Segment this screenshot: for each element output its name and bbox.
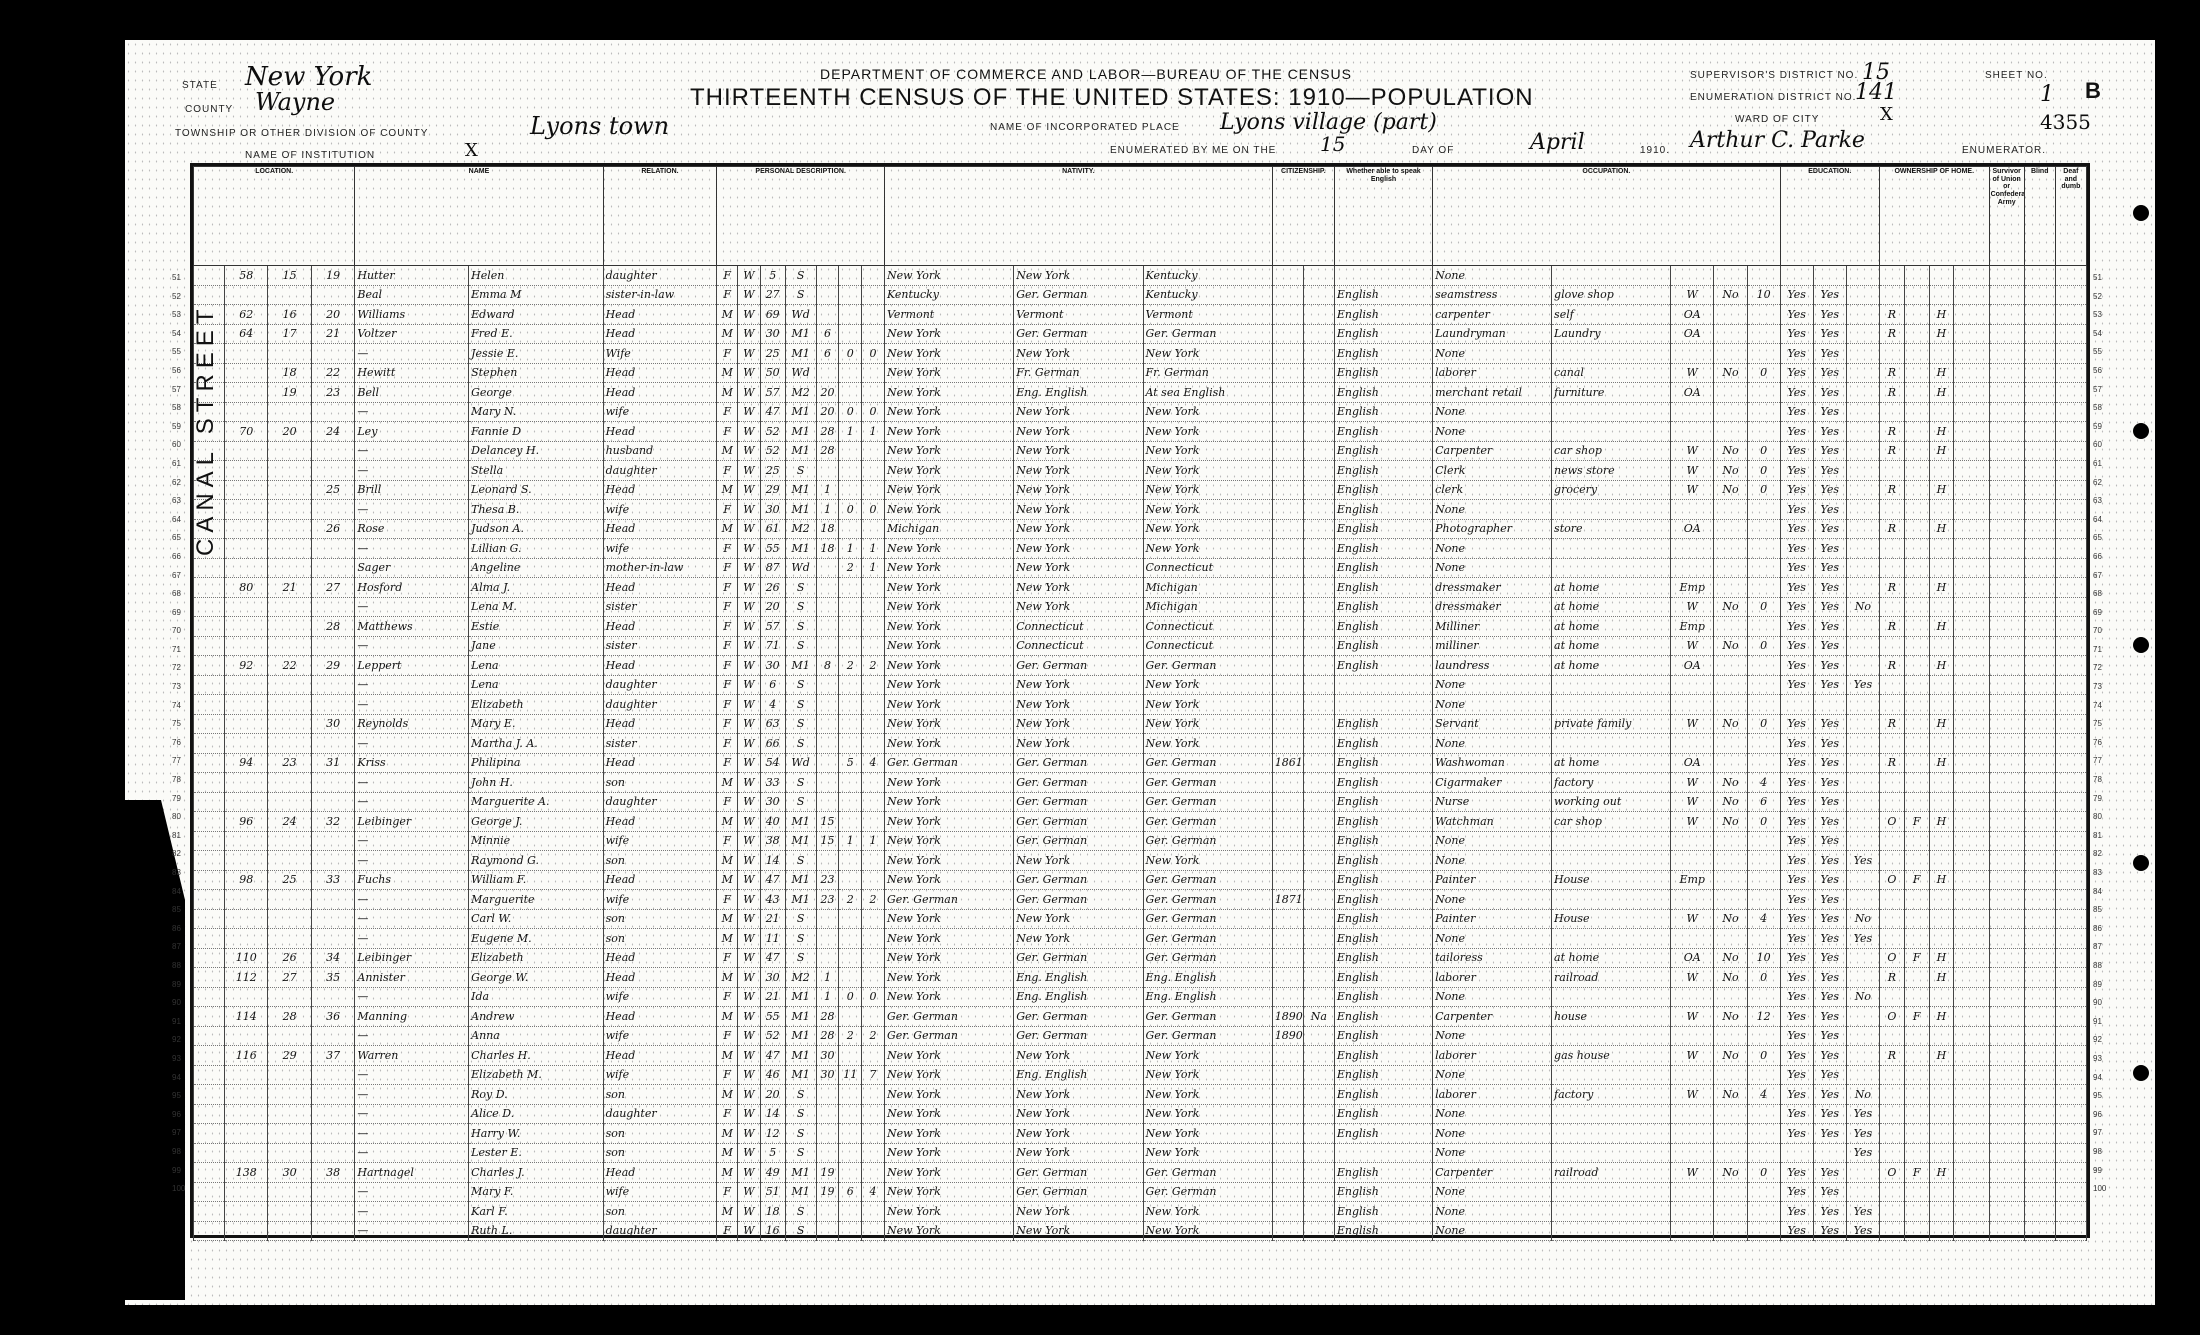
- cell-empty: [2024, 734, 2055, 754]
- line-number: 91: [2093, 1017, 2113, 1036]
- cell-school: [1846, 1065, 1879, 1085]
- cell-living: [862, 1163, 885, 1183]
- cell-race: W: [738, 929, 761, 949]
- cell-dwelling: [268, 636, 311, 656]
- cell-given: Alice D.: [469, 1104, 603, 1124]
- cell-pob_f: Ger. German: [1014, 753, 1143, 773]
- cell-pob_f: Connecticut: [1014, 617, 1143, 637]
- right-line-numbers: 5152535455565758596061626364656667686970…: [2093, 273, 2113, 1203]
- cell-out: [1714, 831, 1747, 851]
- cell-family: 25: [311, 480, 354, 500]
- table-row: 25BrillLeonard S.HeadMW29M11New YorkNew …: [194, 480, 2087, 500]
- line-number: 85: [172, 905, 190, 924]
- cell-trade: None: [1433, 734, 1552, 754]
- cell-school: No: [1846, 909, 1879, 929]
- cell-write: Yes: [1813, 948, 1846, 968]
- cell-age: 52: [760, 1026, 785, 1046]
- cell-industry: railroad: [1552, 968, 1671, 988]
- col-english: Whether able to speak English: [1334, 167, 1432, 266]
- cell-out: [1714, 519, 1747, 539]
- table-row: —Mary N.wifeFW47M12000New YorkNew YorkNe…: [194, 402, 2087, 422]
- cell-school: [1846, 344, 1879, 364]
- cell-age: 40: [760, 812, 785, 832]
- cell-industry: news store: [1552, 461, 1671, 481]
- cell-sched: [1954, 812, 1989, 832]
- cell-empty: [2055, 890, 2086, 910]
- cell-read: Yes: [1780, 617, 1813, 637]
- cell-trade: None: [1433, 558, 1552, 578]
- cell-write: Yes: [1813, 305, 1846, 325]
- cell-sched: [1954, 461, 1989, 481]
- cell-eng: [1334, 1143, 1432, 1163]
- cell-surname: Beal: [355, 285, 469, 305]
- cell-write: Yes: [1813, 968, 1846, 988]
- cell-age: 21: [760, 909, 785, 929]
- cell-sched: [1954, 1085, 1989, 1105]
- cell-pob: New York: [884, 597, 1013, 617]
- cell-pob_f: New York: [1014, 266, 1143, 286]
- cell-eng: English: [1334, 890, 1432, 910]
- cell-empty: [2055, 285, 2086, 305]
- cell-fh: [1929, 1124, 1954, 1144]
- cell-pob_f: New York: [1014, 480, 1143, 500]
- cell-marital: M1: [785, 1007, 816, 1027]
- cell-free: [1904, 792, 1929, 812]
- line-number: 71: [2093, 645, 2113, 664]
- cell-empty: [1989, 968, 2024, 988]
- cell-pob_m: Ger. German: [1143, 812, 1272, 832]
- cell-relation: wife: [603, 890, 717, 910]
- cell-relation: wife: [603, 1182, 717, 1202]
- cell-family: [311, 597, 354, 617]
- table-row: —ElizabethdaughterFW4SNew YorkNew YorkNe…: [194, 695, 2087, 715]
- cell-dwelling: [268, 441, 311, 461]
- cell-sex: F: [717, 734, 738, 754]
- cell-trade: None: [1433, 851, 1552, 871]
- cell-empty: [194, 870, 225, 890]
- cell-trade: None: [1433, 1182, 1552, 1202]
- cell-pob_m: New York: [1143, 539, 1272, 559]
- cell-free: [1904, 344, 1929, 364]
- cell-pob_m: New York: [1143, 1143, 1272, 1163]
- cell-age: 57: [760, 383, 785, 403]
- cell-empty: [2055, 1124, 2086, 1144]
- cell-school: [1846, 890, 1879, 910]
- cell-sex: M: [717, 480, 738, 500]
- cell-relation: Head: [603, 305, 717, 325]
- cell-pob: New York: [884, 870, 1013, 890]
- cell-family: [311, 1202, 354, 1222]
- cell-free: [1904, 1182, 1929, 1202]
- cell-empty: [2055, 1221, 2086, 1241]
- cell-yrs: [816, 305, 839, 325]
- cell-race: W: [738, 734, 761, 754]
- cell-trade: Clerk: [1433, 461, 1552, 481]
- cell-weeks: [1747, 870, 1780, 890]
- line-number: 95: [172, 1091, 190, 1110]
- cell-pob: Ger. German: [884, 890, 1013, 910]
- cell-pob_f: Ger. German: [1014, 792, 1143, 812]
- line-number: 62: [2093, 478, 2113, 497]
- cell-house: [225, 1202, 268, 1222]
- cell-yrs: 6: [816, 344, 839, 364]
- table-row: 942331KrissPhilipinaHeadFW54Wd54Ger. Ger…: [194, 753, 2087, 773]
- cell-nat: [1303, 753, 1334, 773]
- cell-pob_f: Ger. German: [1014, 285, 1143, 305]
- cell-marital: M1: [785, 480, 816, 500]
- incorporated-place-label: Name of incorporated place: [990, 122, 1180, 133]
- cell-empty: [1989, 714, 2024, 734]
- cell-relation: Head: [603, 617, 717, 637]
- cell-race: W: [738, 773, 761, 793]
- cell-pob_m: Vermont: [1143, 305, 1272, 325]
- cell-empty: [1989, 539, 2024, 559]
- cell-born: [839, 675, 862, 695]
- cell-school: [1846, 812, 1879, 832]
- cell-family: [311, 441, 354, 461]
- cell-empty: [1989, 851, 2024, 871]
- line-number: 84: [2093, 887, 2113, 906]
- cell-eng: English: [1334, 519, 1432, 539]
- binder-hole: [2133, 205, 2149, 221]
- cell-family: [311, 558, 354, 578]
- cell-marital: M1: [785, 500, 816, 520]
- cell-pob_m: Ger. German: [1143, 870, 1272, 890]
- cell-dwelling: [268, 558, 311, 578]
- cell-trade: dressmaker: [1433, 597, 1552, 617]
- cell-yrs: [816, 695, 839, 715]
- cell-house: [225, 792, 268, 812]
- cell-emp: [1670, 734, 1713, 754]
- cell-fh: [1929, 500, 1954, 520]
- cell-fh: [1929, 1085, 1954, 1105]
- cell-house: 94: [225, 753, 268, 773]
- cell-write: Yes: [1813, 636, 1846, 656]
- cell-school: Yes: [1846, 675, 1879, 695]
- cell-read: Yes: [1780, 324, 1813, 344]
- cell-marital: M2: [785, 519, 816, 539]
- cell-sched: [1954, 1163, 1989, 1183]
- cell-read: Yes: [1780, 968, 1813, 988]
- cell-trade: None: [1433, 266, 1552, 286]
- cell-read: Yes: [1780, 383, 1813, 403]
- cell-pob_m: Ger. German: [1143, 792, 1272, 812]
- cell-eng: English: [1334, 1182, 1432, 1202]
- cell-trade: merchant retail: [1433, 383, 1552, 403]
- cell-empty: [2024, 500, 2055, 520]
- line-number: 79: [2093, 794, 2113, 813]
- cell-eng: English: [1334, 500, 1432, 520]
- cell-given: Marguerite: [469, 890, 603, 910]
- cell-empty: [1989, 753, 2024, 773]
- cell-industry: self: [1552, 305, 1671, 325]
- cell-given: Raymond G.: [469, 851, 603, 871]
- cell-write: Yes: [1813, 363, 1846, 383]
- cell-pob_m: Michigan: [1143, 597, 1272, 617]
- line-number: 54: [172, 329, 190, 348]
- cell-emp: Emp: [1670, 870, 1713, 890]
- cell-trade: Watchman: [1433, 812, 1552, 832]
- cell-living: 4: [862, 1182, 885, 1202]
- cell-pob_f: New York: [1014, 1085, 1143, 1105]
- cell-out: No: [1714, 1163, 1747, 1183]
- cell-imm: [1272, 305, 1303, 325]
- cell-race: W: [738, 480, 761, 500]
- cell-race: W: [738, 1221, 761, 1241]
- cell-write: [1813, 1143, 1846, 1163]
- cell-industry: factory: [1552, 773, 1671, 793]
- cell-given: Mary E.: [469, 714, 603, 734]
- cell-born: 6: [839, 1182, 862, 1202]
- cell-pob_f: New York: [1014, 422, 1143, 442]
- cell-relation: Head: [603, 422, 717, 442]
- cell-read: Yes: [1780, 422, 1813, 442]
- cell-relation: wife: [603, 987, 717, 1007]
- table-row: 922229LeppertLenaHeadFW30M1822New YorkGe…: [194, 656, 2087, 676]
- cell-fh: [1929, 695, 1954, 715]
- cell-dwelling: [268, 1026, 311, 1046]
- cell-nat: [1303, 597, 1334, 617]
- cell-relation: husband: [603, 441, 717, 461]
- line-number: 92: [172, 1035, 190, 1054]
- cell-pob_f: New York: [1014, 675, 1143, 695]
- cell-dwelling: 25: [268, 870, 311, 890]
- enumeration-label: Enumeration District No.: [1690, 92, 1856, 103]
- cell-eng: English: [1334, 344, 1432, 364]
- cell-relation: Head: [603, 324, 717, 344]
- cell-empty: [194, 968, 225, 988]
- cell-sex: M: [717, 870, 738, 890]
- cell-trade: None: [1433, 539, 1552, 559]
- cell-school: No: [1846, 1085, 1879, 1105]
- cell-marital: S: [785, 948, 816, 968]
- line-number: 98: [2093, 1147, 2113, 1166]
- cell-school: [1846, 422, 1879, 442]
- cell-weeks: [1747, 617, 1780, 637]
- cell-free: [1904, 1046, 1929, 1066]
- cell-empty: [2024, 1202, 2055, 1222]
- cell-empty: [2024, 656, 2055, 676]
- cell-industry: Laundry: [1552, 324, 1671, 344]
- line-number: 90: [172, 998, 190, 1017]
- table-row: 641721VoltzerFred E.HeadMW30M16New YorkG…: [194, 324, 2087, 344]
- cell-pob_m: Connecticut: [1143, 617, 1272, 637]
- township-label: Township or other division of county: [175, 128, 428, 139]
- cell-emp: W: [1670, 714, 1713, 734]
- cell-fh: [1929, 851, 1954, 871]
- cell-age: 5: [760, 1143, 785, 1163]
- cell-trade: laundress: [1433, 656, 1552, 676]
- cell-surname: —: [355, 773, 469, 793]
- cell-empty: [2024, 383, 2055, 403]
- census-title: THIRTEENTH CENSUS OF THE UNITED STATES: …: [690, 84, 1534, 112]
- cell-pob_m: Kentucky: [1143, 266, 1272, 286]
- cell-pob_m: New York: [1143, 695, 1272, 715]
- cell-living: [862, 519, 885, 539]
- cell-marital: M2: [785, 968, 816, 988]
- cell-house: 62: [225, 305, 268, 325]
- cell-empty: [1989, 285, 2024, 305]
- cell-weeks: 0: [1747, 968, 1780, 988]
- line-number: 53: [2093, 310, 2113, 329]
- cell-house: [225, 558, 268, 578]
- cell-given: Fannie D: [469, 422, 603, 442]
- cell-industry: [1552, 1221, 1671, 1241]
- cell-trade: seamstress: [1433, 285, 1552, 305]
- cell-pob: New York: [884, 851, 1013, 871]
- cell-marital: S: [785, 578, 816, 598]
- cell-surname: —: [355, 890, 469, 910]
- cell-sex: F: [717, 890, 738, 910]
- cell-out: [1714, 1182, 1747, 1202]
- line-number: 83: [172, 868, 190, 887]
- cell-marital: Wd: [785, 753, 816, 773]
- cell-empty: [2055, 656, 2086, 676]
- cell-surname: —: [355, 344, 469, 364]
- cell-own: R: [1879, 753, 1904, 773]
- line-number: 65: [2093, 533, 2113, 552]
- cell-industry: [1552, 539, 1671, 559]
- cell-trade: Laundryman: [1433, 324, 1552, 344]
- cell-out: No: [1714, 285, 1747, 305]
- cell-age: 57: [760, 617, 785, 637]
- cell-sex: F: [717, 578, 738, 598]
- cell-out: [1714, 383, 1747, 403]
- cell-write: Yes: [1813, 1046, 1846, 1066]
- cell-pob: New York: [884, 909, 1013, 929]
- cell-free: [1904, 987, 1929, 1007]
- cell-own: R: [1879, 1046, 1904, 1066]
- department-title: DEPARTMENT OF COMMERCE AND LABOR—BUREAU …: [820, 66, 1352, 82]
- cell-relation: son: [603, 1143, 717, 1163]
- cell-born: [839, 734, 862, 754]
- cell-yrs: [816, 1124, 839, 1144]
- cell-pob_m: Ger. German: [1143, 890, 1272, 910]
- cell-pob_f: Ger. German: [1014, 1163, 1143, 1183]
- cell-given: Minnie: [469, 831, 603, 851]
- cell-age: 11: [760, 929, 785, 949]
- cell-pob_m: Ger. German: [1143, 656, 1272, 676]
- cell-empty: [2024, 344, 2055, 364]
- cell-pob: New York: [884, 792, 1013, 812]
- cell-born: [839, 578, 862, 598]
- cell-eng: English: [1334, 402, 1432, 422]
- cell-write: Yes: [1813, 714, 1846, 734]
- cell-family: [311, 344, 354, 364]
- cell-empty: [1989, 1085, 2024, 1105]
- cell-pob_m: New York: [1143, 675, 1272, 695]
- cell-dwelling: [268, 675, 311, 695]
- cell-industry: [1552, 266, 1671, 286]
- cell-weeks: [1747, 1182, 1780, 1202]
- cell-dwelling: [268, 734, 311, 754]
- cell-pob_f: Vermont: [1014, 305, 1143, 325]
- cell-empty: [2024, 324, 2055, 344]
- cell-empty: [1989, 344, 2024, 364]
- cell-sex: M: [717, 441, 738, 461]
- cell-empty: [2024, 363, 2055, 383]
- cell-house: [225, 1124, 268, 1144]
- cell-weeks: [1747, 851, 1780, 871]
- cell-empty: [194, 1046, 225, 1066]
- cell-read: Yes: [1780, 402, 1813, 422]
- cell-imm: 1871: [1272, 890, 1303, 910]
- cell-empty: [2024, 1163, 2055, 1183]
- col-survivor: Survivor of Union or Confederate Army: [1989, 167, 2024, 266]
- institution-label: Name of institution: [245, 150, 375, 161]
- cell-school: [1846, 266, 1879, 286]
- cell-marital: S: [785, 1085, 816, 1105]
- cell-nat: [1303, 305, 1334, 325]
- cell-yrs: [816, 909, 839, 929]
- cell-family: [311, 675, 354, 695]
- cell-relation: sister: [603, 734, 717, 754]
- cell-read: Yes: [1780, 1202, 1813, 1222]
- cell-write: Yes: [1813, 500, 1846, 520]
- cell-imm: [1272, 1202, 1303, 1222]
- cell-out: No: [1714, 773, 1747, 793]
- cell-dwelling: [268, 792, 311, 812]
- cell-fh: H: [1929, 480, 1954, 500]
- line-number: 69: [2093, 608, 2113, 627]
- cell-out: No: [1714, 714, 1747, 734]
- cell-age: 52: [760, 422, 785, 442]
- cell-free: [1904, 324, 1929, 344]
- cell-marital: M1: [785, 812, 816, 832]
- cell-marital: M1: [785, 539, 816, 559]
- cell-emp: W: [1670, 1163, 1713, 1183]
- cell-house: [225, 285, 268, 305]
- cell-pob_m: New York: [1143, 480, 1272, 500]
- cell-nat: [1303, 558, 1334, 578]
- cell-pob: New York: [884, 656, 1013, 676]
- cell-out: No: [1714, 812, 1747, 832]
- table-row: —Carl W.sonMW21SNew YorkNew YorkGer. Ger…: [194, 909, 2087, 929]
- cell-dwelling: [268, 597, 311, 617]
- cell-relation: son: [603, 1202, 717, 1222]
- cell-imm: [1272, 831, 1303, 851]
- county-value: Wayne: [255, 88, 335, 116]
- section-citizenship: CITIZENSHIP.: [1272, 167, 1334, 266]
- cell-surname: —: [355, 1182, 469, 1202]
- cell-sched: [1954, 266, 1989, 286]
- cell-imm: [1272, 734, 1303, 754]
- cell-living: [862, 773, 885, 793]
- cell-born: 0: [839, 344, 862, 364]
- table-row: —Lester E.sonMW5SNew YorkNew YorkNew Yor…: [194, 1143, 2087, 1163]
- cell-marital: M2: [785, 383, 816, 403]
- cell-pob: Vermont: [884, 305, 1013, 325]
- cell-trade: None: [1433, 422, 1552, 442]
- cell-family: 21: [311, 324, 354, 344]
- cell-marital: M1: [785, 1163, 816, 1183]
- cell-fh: [1929, 1202, 1954, 1222]
- cell-empty: [2024, 519, 2055, 539]
- cell-family: 35: [311, 968, 354, 988]
- line-number: 93: [172, 1054, 190, 1073]
- cell-living: [862, 968, 885, 988]
- table-row: 26RoseJudson A.HeadMW61M218MichiganNew Y…: [194, 519, 2087, 539]
- cell-pob: New York: [884, 1065, 1013, 1085]
- cell-own: R: [1879, 656, 1904, 676]
- cell-age: 61: [760, 519, 785, 539]
- cell-living: [862, 1007, 885, 1027]
- cell-out: No: [1714, 948, 1747, 968]
- cell-own: [1879, 1182, 1904, 1202]
- cell-given: Emma M: [469, 285, 603, 305]
- cell-trade: laborer: [1433, 1085, 1552, 1105]
- cell-given: Andrew: [469, 1007, 603, 1027]
